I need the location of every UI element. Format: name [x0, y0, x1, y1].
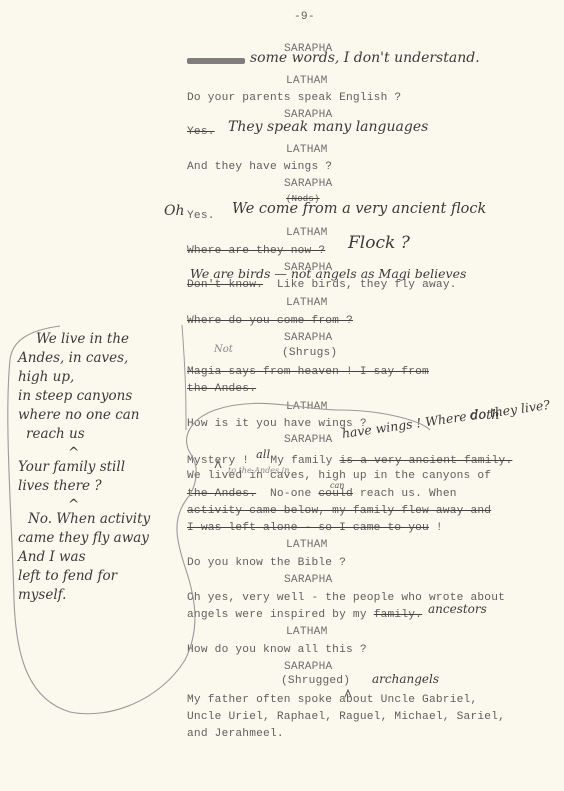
dialogue-line: Do your parents speak English ? [187, 92, 401, 105]
dialogue-line: angels were inspired by my family. [187, 609, 422, 622]
struck-text: Don't know. [187, 279, 263, 291]
dialogue-text: No-one [270, 488, 311, 500]
margin-note-line: where no one can [18, 406, 203, 425]
handwritten-insert: ancestors [428, 602, 487, 617]
margin-note-line: reach us [26, 425, 203, 444]
margin-note-line: left to fend for [18, 567, 203, 586]
handwritten-question: Flock ? [348, 236, 410, 251]
handwritten-insert: can [330, 478, 344, 493]
struck-text: family. [374, 609, 422, 621]
speaker-latham: LATHAM [286, 401, 327, 414]
dialogue-line: How is it you have wings ? [187, 418, 367, 431]
struck-text: activity came below, my family flew away… [187, 505, 491, 518]
speaker-latham: LATHAM [286, 227, 327, 240]
caret-mark: ^ [68, 444, 203, 458]
speaker-sarapha: SARAPHA [284, 178, 332, 191]
struck-text [187, 58, 245, 71]
margin-note-line: And I was [18, 548, 203, 567]
handwritten-reply: some words, I don't understand. [250, 51, 480, 66]
margin-note-line: Your family still [18, 458, 203, 477]
margin-note-line: We live in the [36, 330, 203, 349]
speaker-sarapha: SARAPHA [284, 332, 332, 345]
speaker-latham: LATHAM [286, 297, 327, 310]
margin-note-line: lives there ? [18, 477, 203, 496]
handwritten-reply: They speak many languages [228, 120, 428, 135]
handwritten-insert: Oh [164, 204, 185, 219]
handwritten-insert: all [256, 448, 270, 461]
dialogue-line: How do you know all this ? [187, 644, 367, 657]
dialogue-line: Do you know the Bible ? [187, 557, 346, 570]
speaker-sarapha: SARAPHA [284, 661, 332, 674]
margin-handwritten-note: We live in the Andes, in caves, high up,… [18, 330, 203, 605]
speaker-latham: LATHAM [286, 539, 327, 552]
struck-text: Where are they now ? [187, 245, 325, 258]
dialogue-line: Uncle Uriel, Raphael, Raguel, Michael, S… [187, 711, 505, 724]
struck-text: Yes. [187, 126, 215, 139]
dialogue-line: Yes. [187, 210, 215, 223]
page-number: -9- [294, 11, 315, 24]
dialogue-line: and Jerahmeel. [187, 728, 284, 741]
stage-direction: (Shrugged) [281, 675, 350, 688]
struck-text: Magia says from heaven ! I say from [187, 366, 429, 379]
dialogue-line: My father often spoke about Uncle Gabrie… [187, 694, 477, 707]
struck-text: is a very ancient family. [340, 455, 513, 467]
margin-note-line: in steep canyons [18, 387, 203, 406]
speaker-latham: LATHAM [286, 144, 327, 157]
handwritten-question: have wings ! Where do they live? [341, 397, 551, 441]
manuscript-page: -9- SARAPHA some words, I don't understa… [0, 0, 564, 791]
speaker-latham: LATHAM [286, 626, 327, 639]
margin-note-line: came they fly away [18, 529, 203, 548]
stage-direction: (Shrugs) [282, 347, 337, 360]
speaker-sarapha: SARAPHA [284, 434, 332, 447]
pencil-note: Not [214, 342, 233, 357]
handwritten-insert: archangels [372, 672, 439, 687]
dialogue-text: reach us. When [360, 488, 457, 500]
margin-note-line: high up, [18, 368, 203, 387]
dialogue-line: Don't know. Like birds, they fly away. [187, 279, 457, 292]
speaker-latham: LATHAM [286, 75, 327, 88]
dialogue-text: Like birds, they fly away. [277, 279, 457, 291]
struck-text: Where do you come from ? [187, 315, 353, 328]
caret-mark: ^ [68, 496, 203, 510]
margin-note-line: No. When activity [28, 510, 203, 529]
dialogue-text: angels were inspired by my [187, 609, 367, 621]
dialogue-line: And they have wings ? [187, 161, 332, 174]
margin-note-line: Andes, in caves, [18, 349, 203, 368]
margin-note-line: myself. [18, 586, 203, 605]
struck-text: I was left alone - so I came to you [187, 522, 429, 534]
dialogue-text: ! [436, 522, 443, 534]
dialogue-line: I was left alone - so I came to you ! [187, 522, 443, 535]
dialogue-line: the Andes. No-one could reach us. When [187, 488, 457, 501]
speaker-sarapha: SARAPHA [284, 574, 332, 587]
handwritten-reply: We come from a very ancient flock [232, 202, 486, 217]
